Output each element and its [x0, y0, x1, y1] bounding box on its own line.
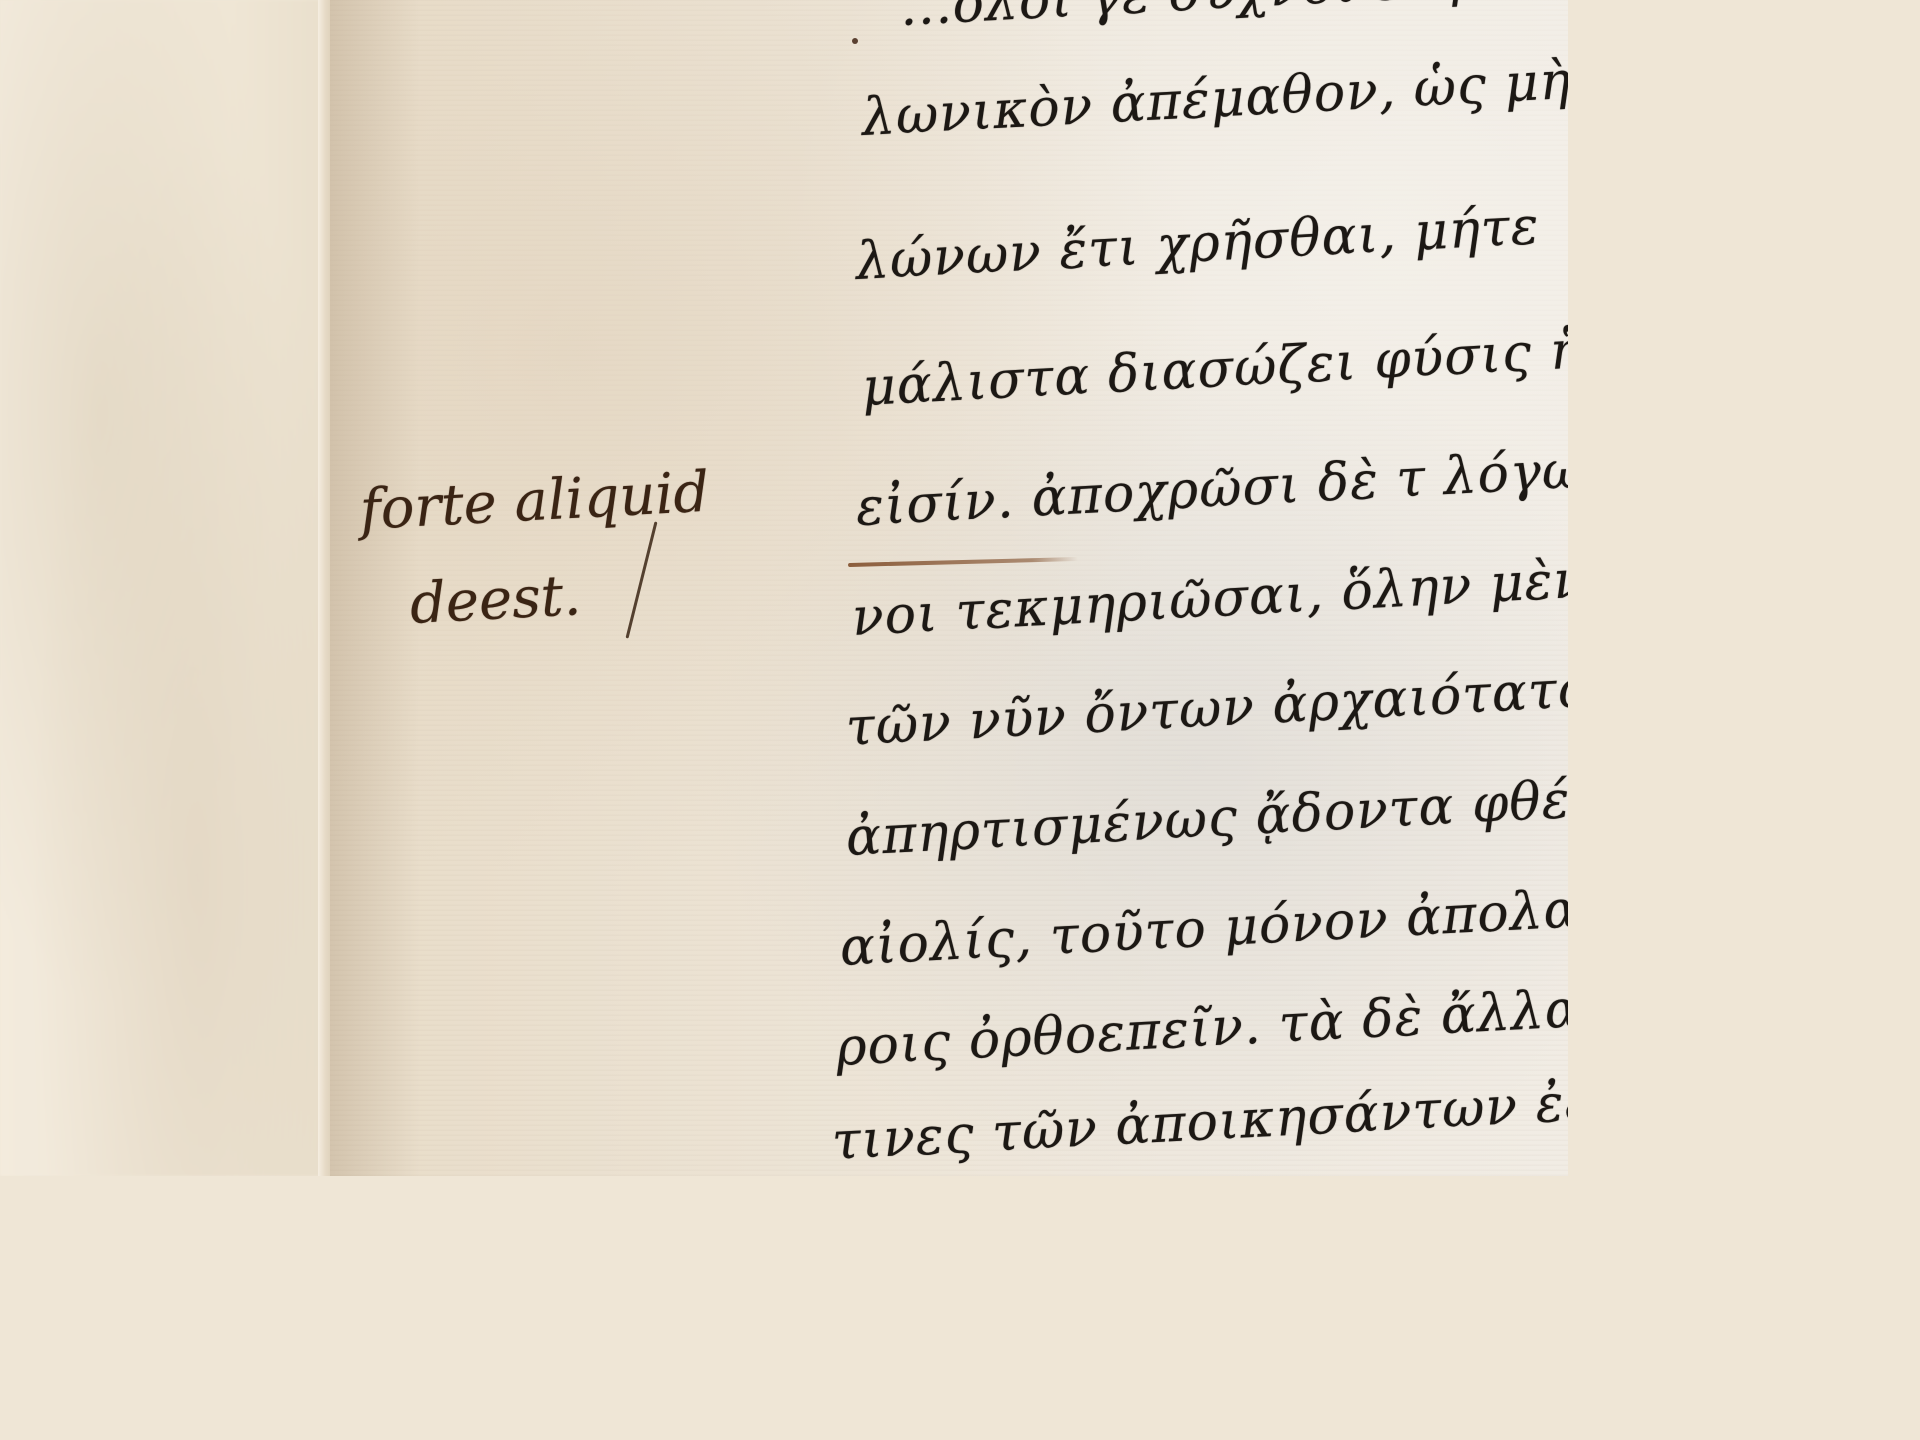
- marginal-note-line-2: deest.: [408, 563, 582, 637]
- manuscript-photo: ...ολοί γε συχνοὶ ἐν βα λωνικὸν ἀπέμαθον…: [0, 0, 1568, 1176]
- ink-speck: [852, 38, 858, 44]
- blank-facing-page: [0, 0, 330, 1176]
- page-shadow: [330, 0, 420, 1176]
